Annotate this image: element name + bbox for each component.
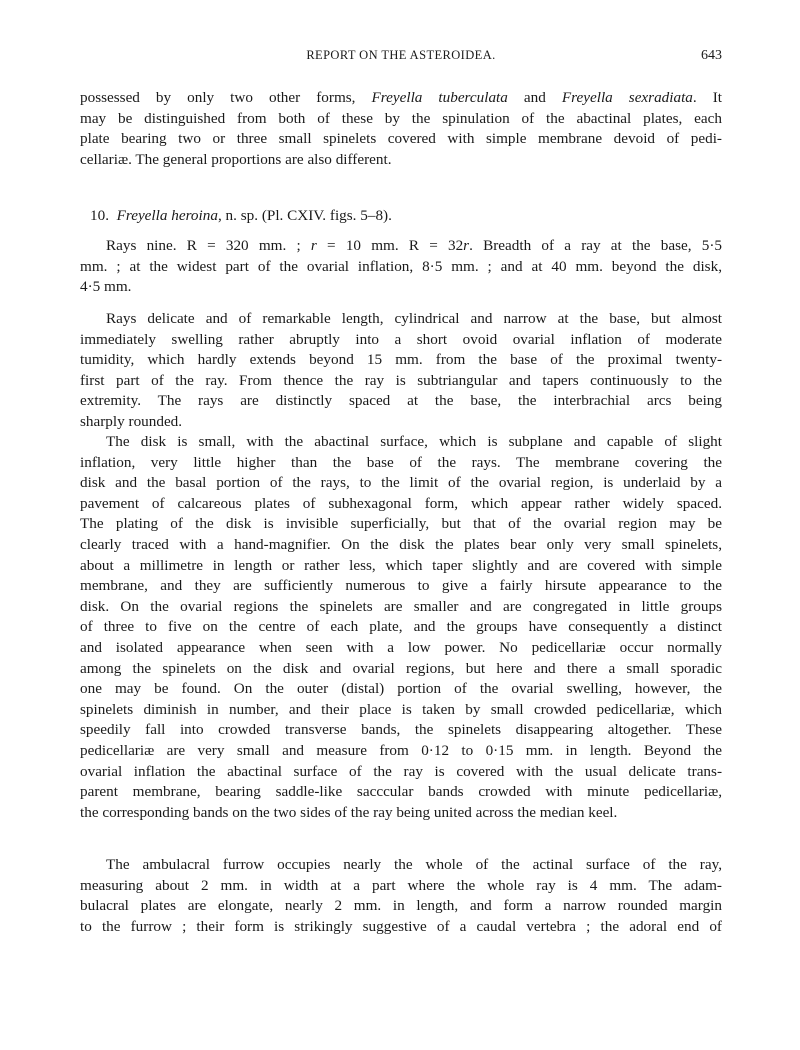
text-line: of three to five on the centre of each p…: [80, 617, 722, 638]
species-name: Freyella heroina: [117, 207, 218, 224]
text-line: parent membrane, bearing saddle-like sac…: [80, 782, 722, 803]
text-line: plate bearing two or three small spinele…: [80, 129, 722, 150]
italic-term: r: [311, 237, 317, 254]
text-line: pavement of calcareous plates of subhexa…: [80, 494, 722, 515]
text-line: disk and the basal portion of the rays, …: [80, 473, 722, 494]
text-line: mm. ; at the widest part of the ovarial …: [80, 257, 722, 278]
text-line: among the spinelets on the disk and ovar…: [80, 659, 722, 680]
text-line: Rays nine. R = 320 mm. ; r = 10 mm. R = …: [80, 236, 722, 257]
text-line: immediately swelling rather abruptly int…: [80, 330, 722, 351]
paragraph-intro: possessed by only two other forms, Freye…: [80, 88, 722, 170]
paragraph-measurements: Rays nine. R = 320 mm. ; r = 10 mm. R = …: [80, 236, 722, 298]
text-line: to the furrow ; their form is strikingly…: [80, 917, 722, 938]
text-line: The disk is small, with the abactinal su…: [80, 432, 722, 453]
text-line: the corresponding bands on the two sides…: [80, 803, 722, 824]
italic-term: Freyella sexradiata: [562, 89, 693, 106]
text-line: membrane, and they are sufficiently nume…: [80, 576, 722, 597]
text-line: extremity. The rays are distinctly space…: [80, 391, 722, 412]
paragraph-rays: Rays delicate and of remarkable length, …: [80, 309, 722, 433]
text-line: may be distinguished from both of these …: [80, 109, 722, 130]
text-line: Rays delicate and of remarkable length, …: [80, 309, 722, 330]
text-line: cellariæ. The general proportions are al…: [80, 150, 722, 171]
italic-term: Freyella tuberculata: [372, 89, 508, 106]
text-line: pedicellariæ are very small and measure …: [80, 741, 722, 762]
running-title: REPORT ON THE ASTEROIDEA.: [80, 48, 722, 63]
text-line: about a millimetre in length or rather l…: [80, 556, 722, 577]
text-line: 4·5 mm.: [80, 277, 722, 298]
text-line: spinelets diminish in number, and their …: [80, 700, 722, 721]
italic-term: r: [463, 237, 469, 254]
text-line: clearly traced with a hand-magnifier. On…: [80, 535, 722, 556]
text-line: possessed by only two other forms, Freye…: [80, 88, 722, 109]
paragraph-ambulacral: The ambulacral furrow occupies nearly th…: [80, 855, 722, 937]
text-line: measuring about 2 mm. in width at a part…: [80, 876, 722, 897]
text-line: The ambulacral furrow occupies nearly th…: [80, 855, 722, 876]
text-line: tumidity, which hardly extends beyond 15…: [80, 350, 722, 371]
text-line: disk. On the ovarial regions the spinele…: [80, 597, 722, 618]
text-line: one may be found. On the outer (distal) …: [80, 679, 722, 700]
page-number: 643: [701, 48, 722, 64]
species-reference: , n. sp. (Pl. CXIV. figs. 5–8).: [218, 207, 392, 224]
text-line: inflation, very little higher than the b…: [80, 453, 722, 474]
species-heading: 10. Freyella heroina, n. sp. (Pl. CXIV. …: [90, 207, 392, 225]
text-line: sharply rounded.: [80, 412, 722, 433]
page-header: REPORT ON THE ASTEROIDEA. 643: [80, 48, 722, 68]
species-number: 10.: [90, 207, 109, 224]
text-line: speedily fall into crowded transverse ba…: [80, 720, 722, 741]
text-line: first part of the ray. From thence the r…: [80, 371, 722, 392]
text-line: ovarial inflation the abactinal surface …: [80, 762, 722, 783]
text-line: bulacral plates are elongate, nearly 2 m…: [80, 896, 722, 917]
text-line: and isolated appearance when seen with a…: [80, 638, 722, 659]
paragraph-disk: The disk is small, with the abactinal su…: [80, 432, 722, 823]
text-line: The plating of the disk is invisible sup…: [80, 514, 722, 535]
